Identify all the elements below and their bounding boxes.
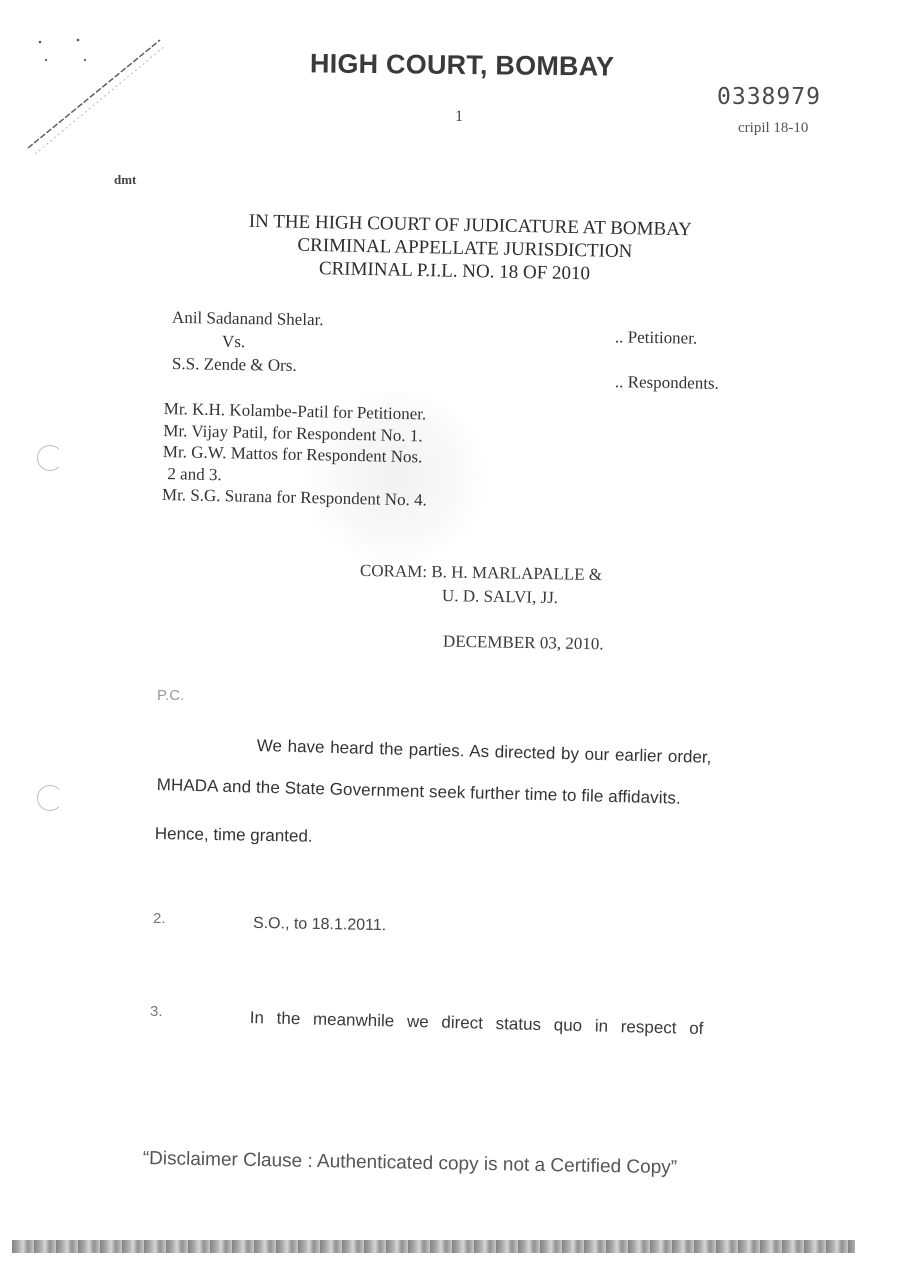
court-stamp: HIGH COURT, BOMBAY: [310, 48, 614, 82]
case-reference: cripil 18-10: [738, 120, 808, 137]
coram-line: CORAM: B. H. MARLAPALLE &: [360, 561, 602, 585]
scan-edge-bar: [12, 1240, 855, 1253]
order-heading: P.C.: [157, 687, 184, 704]
paragraph-1-line: MHADA and the State Government seek furt…: [156, 775, 681, 809]
counsel-item: Mr. S.G. Surana for Respondent No. 4.: [162, 484, 427, 511]
punch-hole-icon: [37, 445, 63, 471]
scan-streak-icon: [20, 30, 170, 160]
paragraph-number: 2.: [153, 910, 166, 927]
disclaimer: “Disclaimer Clause : Authenticated copy …: [143, 1148, 678, 1179]
initials: dmt: [114, 172, 136, 188]
respondent-name: S.S. Zende & Ors.: [172, 354, 297, 376]
counsel-list: Mr. K.H. Kolambe-Patil for Petitioner. M…: [162, 398, 429, 511]
page-number: 1: [455, 108, 463, 126]
versus: Vs.: [222, 332, 245, 352]
petitioner-name: Anil Sadanand Shelar.: [172, 308, 324, 330]
paragraph-1-line: Hence, time granted.: [155, 824, 313, 847]
paragraph-3-text: In the meanwhile we direct status quo in…: [250, 1008, 704, 1039]
punch-hole-icon: [37, 785, 63, 811]
document-title: IN THE HIGH COURT OF JUDICATURE AT BOMBA…: [0, 205, 900, 291]
coram-judge: U. D. SALVI, JJ.: [442, 586, 558, 608]
order-date: DECEMBER 03, 2010.: [443, 632, 604, 655]
paragraph-2-text: S.O., to 18.1.2011.: [253, 915, 386, 935]
serial-number: 0338979: [717, 84, 821, 110]
paragraph-number: 3.: [150, 1003, 163, 1020]
paragraph-1-line: We have heard the parties. As directed b…: [256, 736, 711, 768]
petitioner-role: .. Petitioner.: [615, 327, 697, 348]
respondent-role: .. Respondents.: [615, 372, 719, 394]
